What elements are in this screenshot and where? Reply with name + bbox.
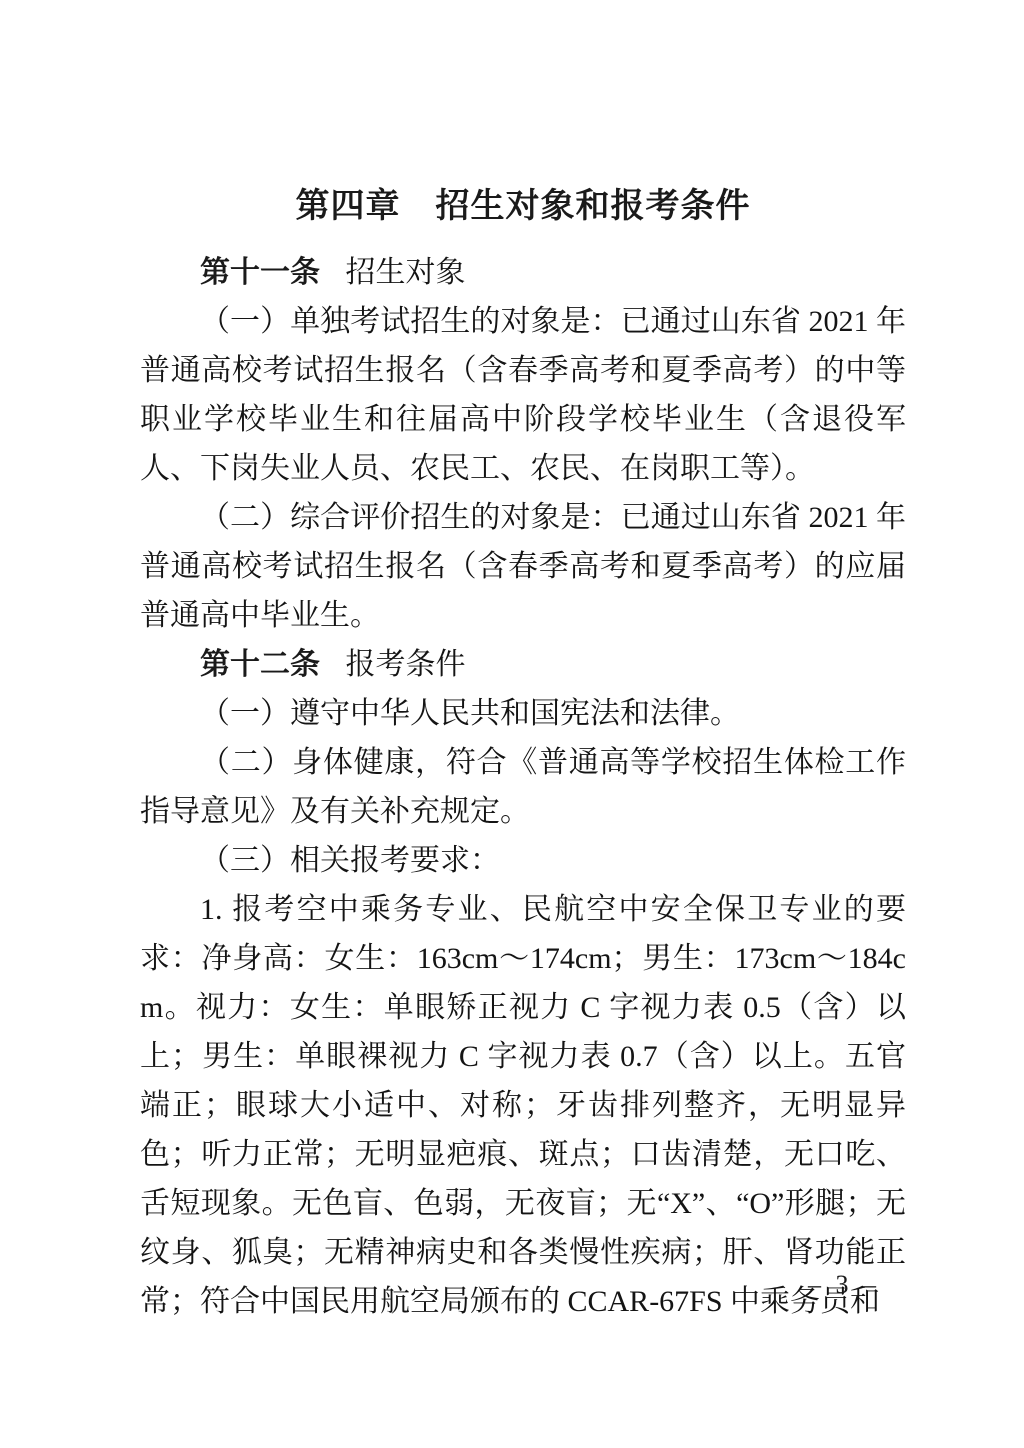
body-paragraph: （三）相关报考要求： (140, 836, 906, 885)
article-heading: 第十二条报考条件 (140, 640, 906, 689)
body-paragraph: 1. 报考空中乘务专业、民航空中安全保卫专业的要求：净身高：女生：163cm～1… (140, 885, 906, 1326)
body-paragraph: （二）身体健康，符合《普通高等学校招生体检工作指导意见》及有关补充规定。 (140, 738, 906, 836)
body-paragraph: （一）遵守中华人民共和国宪法和法律。 (140, 689, 906, 738)
body-paragraph-text: （一）遵守中华人民共和国宪法和法律。 (200, 697, 740, 730)
article-number: 第十一条 (200, 256, 320, 289)
document-body: 第十一条招生对象 （一）单独考试招生的对象是：已通过山东省 2021 年普通高校… (140, 248, 906, 1326)
body-paragraph-text: 1. 报考空中乘务专业、民航空中安全保卫专业的要求：净身高：女生：163cm～1… (140, 893, 906, 1318)
chapter-title: 第四章 招生对象和报考条件 (140, 184, 906, 228)
body-paragraph: （一）单独考试招生的对象是：已通过山东省 2021 年普通高校考试招生报名（含春… (140, 297, 906, 493)
article-heading-title: 招生对象 (346, 256, 466, 289)
body-paragraph-text: （一）单独考试招生的对象是：已通过山东省 2021 年普通高校考试招生报名（含春… (140, 305, 906, 485)
document-page: 第四章 招生对象和报考条件 第十一条招生对象 （一）单独考试招生的对象是：已通过… (0, 0, 1024, 1448)
body-paragraph: （二）综合评价招生的对象是：已通过山东省 2021 年普通高校考试招生报名（含春… (140, 493, 906, 640)
page-number: – 3 – (808, 1270, 880, 1300)
body-paragraph-text: （三）相关报考要求： (200, 844, 500, 877)
article-heading: 第十一条招生对象 (140, 248, 906, 297)
article-heading-title: 报考条件 (346, 648, 466, 681)
document-content: 第四章 招生对象和报考条件 第十一条招生对象 （一）单独考试招生的对象是：已通过… (140, 184, 906, 1326)
body-paragraph-text: （二）身体健康，符合《普通高等学校招生体检工作指导意见》及有关补充规定。 (140, 746, 906, 828)
article-number: 第十二条 (200, 648, 320, 681)
body-paragraph-text: （二）综合评价招生的对象是：已通过山东省 2021 年普通高校考试招生报名（含春… (140, 501, 906, 632)
